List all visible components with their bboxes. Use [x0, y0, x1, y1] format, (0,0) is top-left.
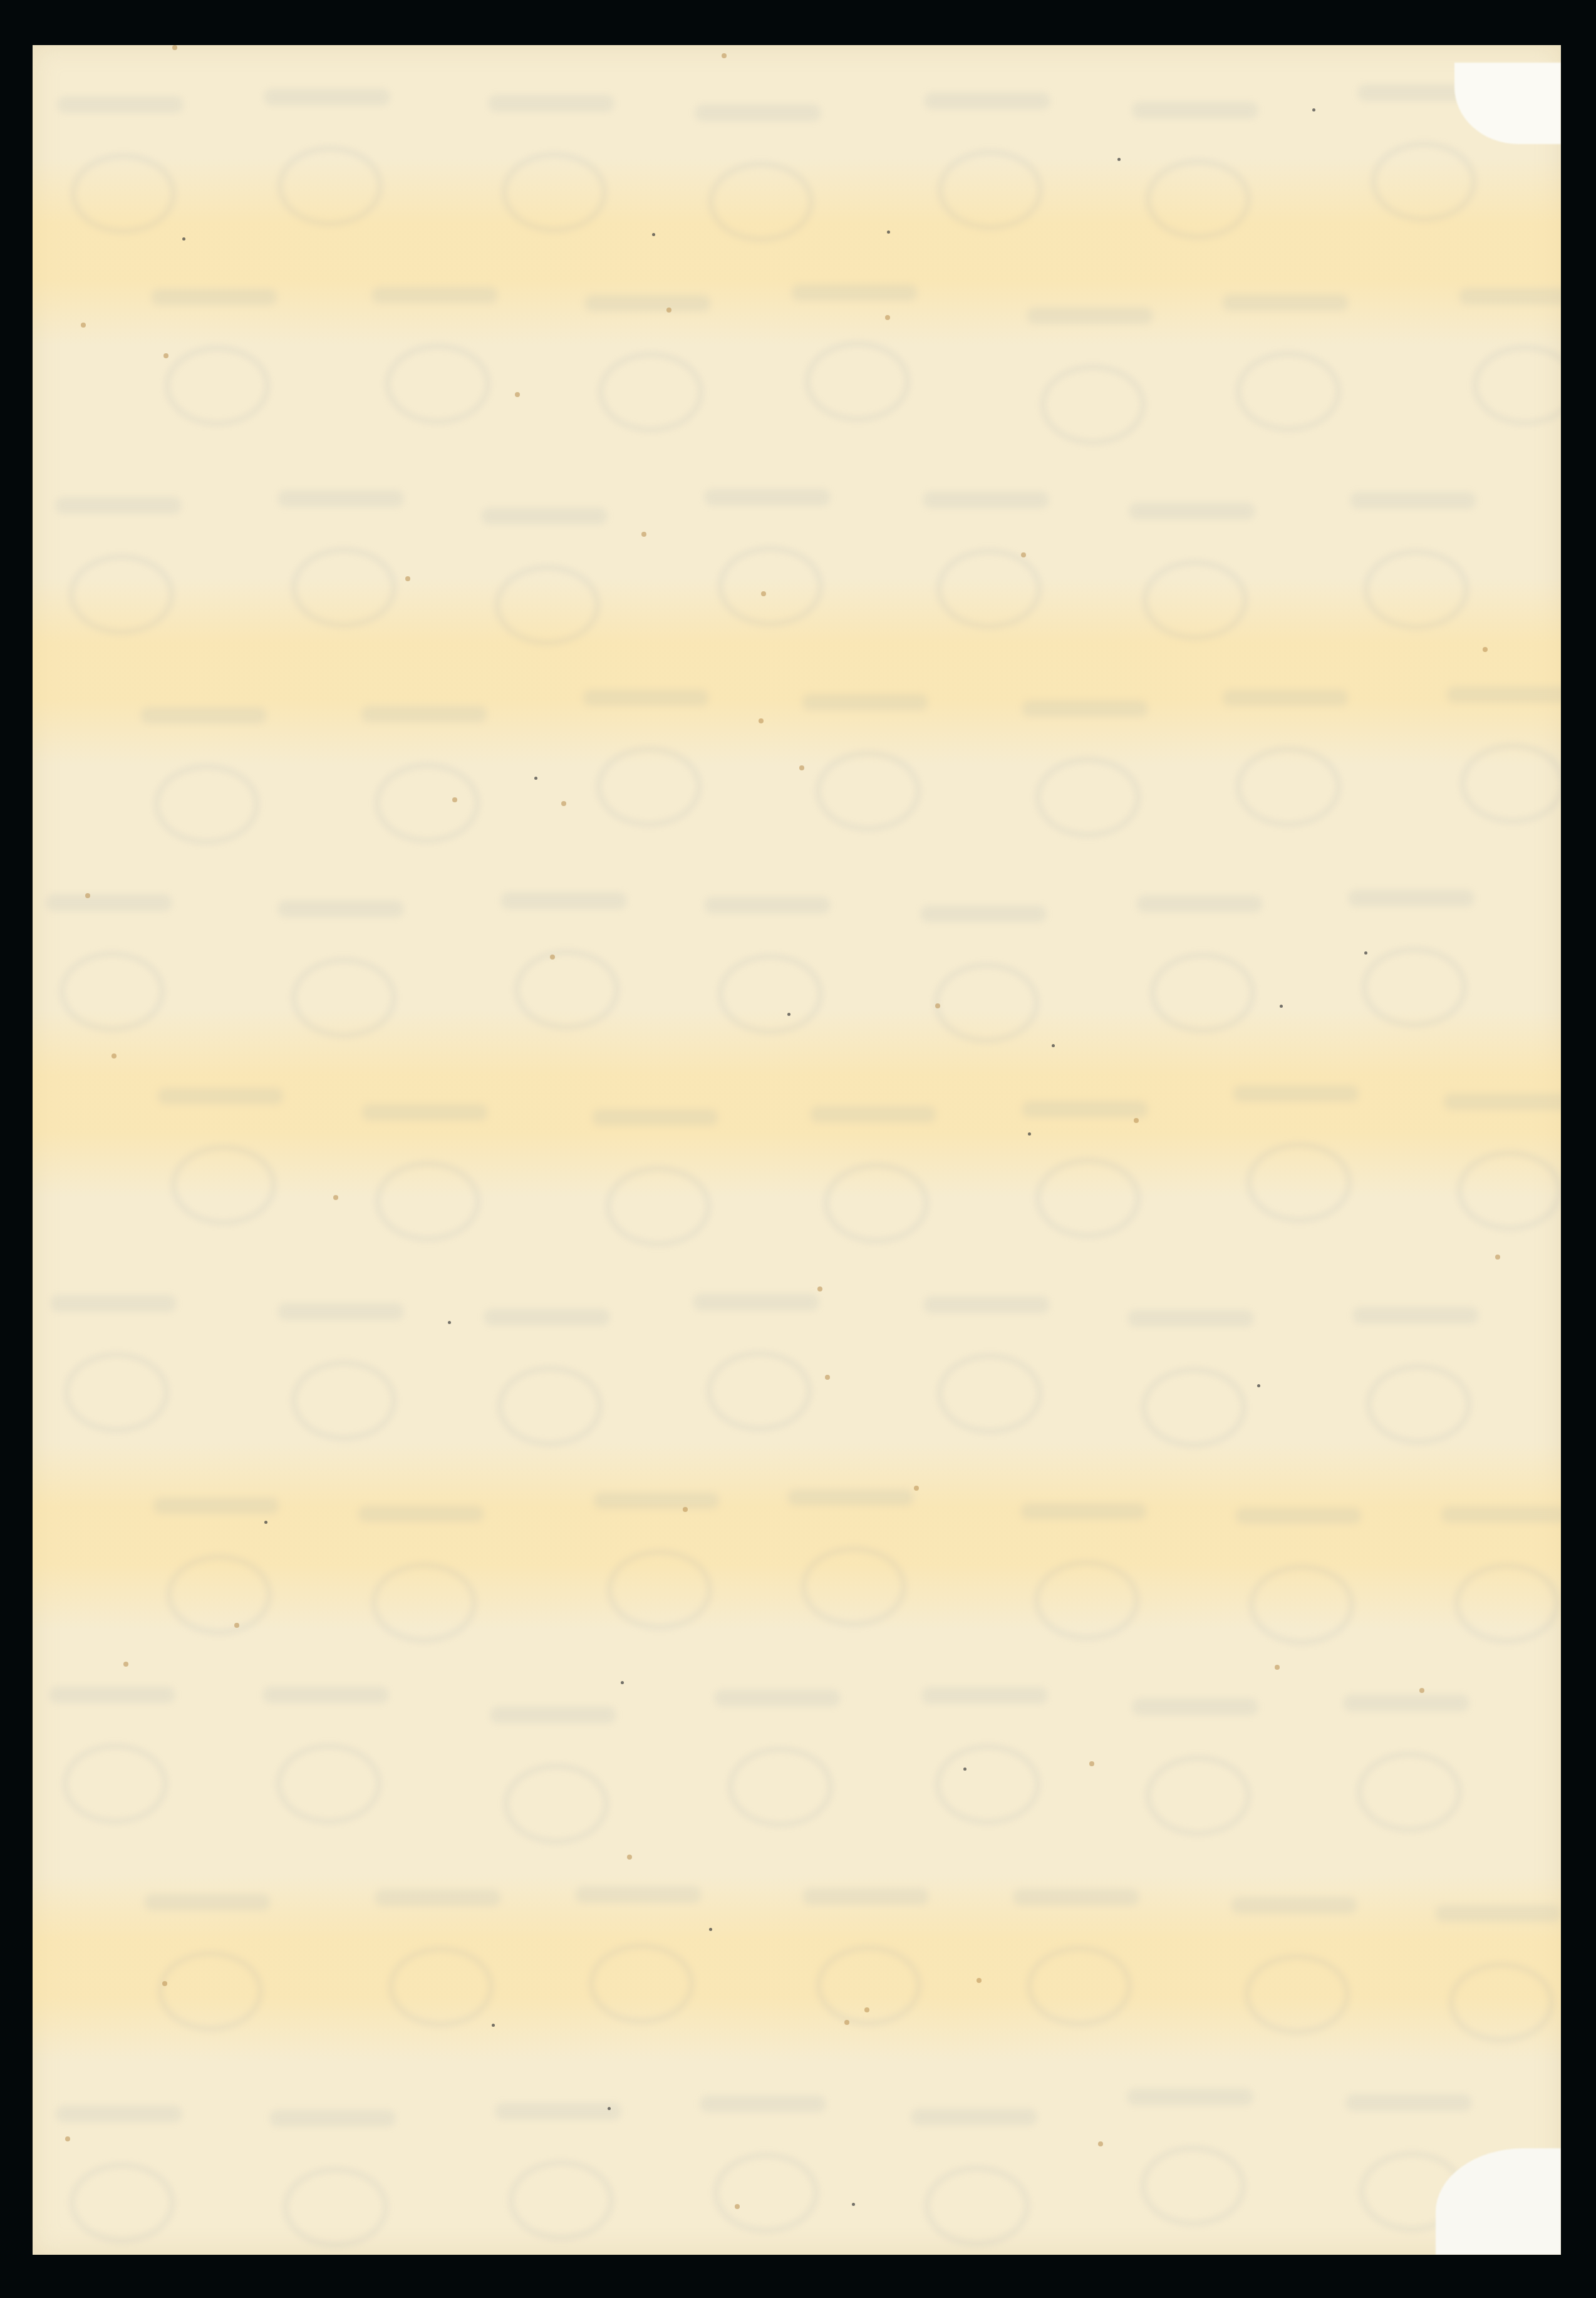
show-through-text [921, 906, 1046, 922]
paper-speck [799, 765, 804, 770]
show-through-emblem [501, 152, 608, 233]
show-through-text [278, 901, 403, 917]
show-through-text [924, 1297, 1049, 1313]
show-through-text [141, 707, 266, 723]
show-through-text [362, 1104, 487, 1121]
show-through-text [695, 105, 821, 121]
show-through-emblem [375, 1161, 481, 1242]
paper-speck [1495, 1255, 1500, 1260]
show-through-text [484, 1309, 609, 1325]
paper-speck [123, 1662, 128, 1667]
paper-speck [1089, 1761, 1094, 1766]
show-through-emblem [816, 1945, 922, 2026]
show-through-emblem [1040, 364, 1146, 445]
paper-speck [81, 323, 86, 328]
paper-speck [963, 1767, 966, 1771]
hinge-remnant-top-right [1454, 63, 1561, 144]
show-through-emblem [371, 1562, 477, 1643]
show-through-emblem [1246, 1142, 1352, 1223]
show-through-text [482, 508, 607, 524]
show-through-emblem [936, 548, 1042, 629]
paper-speck [492, 2024, 495, 2027]
show-through-text [1027, 308, 1153, 324]
paper-speck [1280, 1005, 1283, 1008]
show-through-text [1021, 1503, 1146, 1519]
show-through-text [1129, 503, 1255, 519]
show-through-emblem [1472, 344, 1561, 426]
show-through-text [495, 2103, 621, 2119]
paper-speck [864, 2007, 869, 2012]
show-through-emblem [1244, 1954, 1350, 2035]
show-through-emblem [936, 1353, 1043, 1434]
paper-speck [759, 718, 764, 723]
show-through-text [1349, 890, 1474, 906]
paper-speck [1364, 951, 1367, 955]
show-through-text [923, 492, 1049, 508]
show-through-text [700, 2096, 826, 2112]
show-through-emblem [385, 343, 491, 425]
paper-speck [1028, 1132, 1031, 1136]
show-through-emblem [164, 345, 271, 427]
show-through-text [153, 1498, 279, 1514]
show-through-emblem [823, 1162, 930, 1244]
paper-speck [550, 955, 555, 960]
paper-speck [264, 1521, 267, 1524]
show-through-emblem [1141, 1367, 1247, 1448]
show-through-emblem [815, 750, 921, 832]
show-through-text [1447, 686, 1561, 703]
show-through-text [270, 2110, 395, 2126]
paper-speck [182, 237, 185, 241]
show-through-emblem [1459, 743, 1561, 824]
show-through-text [1441, 1506, 1561, 1523]
show-through-emblem [1248, 1564, 1355, 1645]
show-through-emblem [804, 341, 911, 422]
show-through-text [1128, 1310, 1253, 1327]
paper-speck [515, 392, 520, 397]
paper-speck [825, 1375, 830, 1380]
show-through-emblem [374, 762, 480, 844]
show-through-text [1132, 1699, 1258, 1715]
show-through-text [152, 289, 277, 305]
show-through-emblem [801, 1546, 907, 1627]
hinge-remnant-bottom-right [1436, 2148, 1561, 2255]
paper-speck [608, 2107, 611, 2110]
show-through-emblem [1363, 549, 1469, 630]
show-through-text [145, 1894, 270, 1910]
paper-speck [722, 53, 727, 58]
show-through-emblem [717, 546, 824, 627]
show-through-emblem [1371, 141, 1477, 222]
show-through-emblem [933, 962, 1040, 1043]
show-through-text [715, 1690, 840, 1706]
show-through-emblem [508, 2160, 614, 2241]
show-through-text [375, 1890, 500, 1906]
show-through-emblem [497, 1365, 603, 1447]
show-through-text [925, 93, 1050, 109]
show-through-emblem [606, 1549, 713, 1630]
show-through-text [372, 287, 497, 303]
paper-speck [1021, 552, 1026, 557]
show-through-emblem [605, 1166, 712, 1247]
paper-speck [234, 1623, 239, 1628]
show-through-emblem [1448, 1962, 1555, 2043]
paper-speck [1419, 1688, 1424, 1693]
show-through-emblem [153, 763, 260, 845]
show-through-emblem [1142, 559, 1248, 641]
paper-speck [683, 1507, 688, 1512]
show-through-emblem [1035, 757, 1141, 838]
show-through-emblem [62, 1743, 168, 1824]
show-through-text [693, 1294, 819, 1310]
show-through-emblem [1456, 1150, 1561, 1231]
show-through-emblem [166, 1554, 272, 1635]
paper-speck [641, 532, 646, 537]
show-through-text [278, 1303, 403, 1320]
show-through-text [1459, 288, 1561, 304]
paper-speck [1098, 2141, 1103, 2146]
show-through-text [1344, 1695, 1469, 1711]
show-through-emblem [1140, 2145, 1246, 2227]
paper-speck [935, 1003, 940, 1008]
show-through-text [58, 96, 183, 113]
show-through-emblem [503, 1763, 609, 1845]
paper-speck [1275, 1665, 1280, 1670]
show-through-text [1236, 1508, 1361, 1524]
show-through-text [263, 1687, 388, 1703]
show-through-emblem [282, 2166, 389, 2248]
show-through-emblem [68, 554, 175, 635]
show-through-text [1137, 896, 1262, 912]
show-through-text [1022, 1101, 1148, 1117]
show-through-text [489, 95, 614, 111]
show-through-text [705, 489, 830, 505]
show-through-emblem [708, 161, 814, 242]
show-through-text [911, 2109, 1037, 2125]
show-through-text [1350, 492, 1476, 509]
show-through-text [56, 497, 181, 514]
show-through-emblem [935, 1744, 1041, 1825]
show-through-emblem [277, 145, 383, 227]
show-through-emblem [713, 2152, 819, 2233]
show-through-text [811, 1106, 936, 1122]
show-through-emblem [1235, 351, 1342, 432]
show-through-text [585, 295, 710, 311]
show-through-text [1346, 2094, 1471, 2111]
show-through-text [788, 1489, 913, 1506]
show-through-text [1444, 1094, 1561, 1110]
show-through-emblem [514, 949, 620, 1030]
show-through-text [705, 897, 830, 913]
show-through-emblem [1356, 1751, 1463, 1833]
show-through-text [278, 490, 403, 507]
show-through-emblem [1035, 1157, 1141, 1239]
show-through-text [922, 1687, 1047, 1704]
show-through-emblem [388, 1946, 494, 2027]
show-through-text [593, 1109, 718, 1126]
show-through-text [802, 694, 928, 710]
paper-speck [448, 1321, 451, 1324]
show-through-emblem [588, 1943, 695, 2024]
show-through-emblem [170, 1144, 277, 1226]
paper-speck [163, 353, 168, 358]
show-through-emblem [1365, 1364, 1472, 1445]
paper-speck [817, 1286, 822, 1291]
paper-speck [452, 797, 457, 802]
paper-speck [65, 2136, 70, 2141]
show-through-emblem [1145, 158, 1251, 240]
show-through-emblem [1235, 746, 1342, 827]
paper-speck [1312, 108, 1315, 111]
show-through-emblem [69, 2162, 175, 2244]
show-through-emblem [1361, 946, 1468, 1028]
paper-speck [1134, 1118, 1139, 1123]
show-through-emblem [1149, 952, 1256, 1033]
paper-speck [172, 45, 177, 50]
show-through-emblem [157, 1950, 264, 2032]
show-through-text [803, 1888, 928, 1905]
show-through-text [1353, 1307, 1478, 1323]
paper-speck [652, 233, 655, 236]
show-through-emblem [1145, 1755, 1251, 1836]
show-through-text [501, 893, 626, 909]
show-through-text [1223, 690, 1348, 706]
show-through-text [490, 1707, 616, 1723]
show-through-emblem [291, 957, 397, 1038]
show-through-emblem [937, 149, 1044, 230]
paper-sheet [33, 45, 1561, 2255]
show-through-text [1223, 294, 1348, 311]
show-through-emblem [706, 1350, 812, 1432]
show-through-emblem [1454, 1563, 1560, 1644]
show-through-emblem [63, 1352, 170, 1433]
show-through-text [1436, 1905, 1561, 1922]
show-through-text [792, 284, 917, 301]
show-through-text [46, 894, 172, 911]
paper-speck [666, 308, 671, 313]
show-through-emblem [924, 2165, 1030, 2247]
show-through-emblem [596, 746, 702, 827]
show-through-text [1022, 700, 1148, 717]
show-through-text [158, 1088, 283, 1104]
show-through-text [49, 1687, 175, 1703]
paper-speck [333, 1195, 338, 1200]
paper-speck [852, 2203, 855, 2206]
show-through-emblem [1034, 1560, 1140, 1641]
show-through-emblem [1026, 1945, 1132, 2027]
show-through-text [583, 690, 708, 706]
show-through-text [51, 1295, 176, 1312]
paper-speck [627, 1855, 632, 1860]
paper-speck [1257, 1384, 1260, 1387]
show-through-text [358, 1506, 484, 1522]
show-through-emblem [727, 1746, 834, 1828]
paper-speck [534, 777, 537, 780]
show-through-text [594, 1493, 719, 1509]
show-through-emblem [717, 953, 824, 1035]
paper-speck [621, 1681, 624, 1684]
show-through-text [264, 89, 390, 105]
show-through-text [1127, 2089, 1253, 2105]
show-through-text [1233, 1085, 1359, 1102]
paper-speck [844, 2020, 849, 2025]
show-through-text [361, 706, 487, 722]
show-through-emblem [59, 951, 165, 1032]
paper-speck [735, 2204, 740, 2209]
show-through-emblem [70, 153, 177, 234]
show-through-text [1013, 1889, 1139, 1905]
show-through-emblem [494, 564, 601, 646]
show-through-emblem [276, 1743, 382, 1824]
show-through-emblem [598, 351, 704, 433]
paper-speck [561, 801, 566, 806]
show-through-text [56, 2106, 182, 2122]
show-through-text [576, 1887, 701, 1903]
show-through-emblem [291, 1360, 397, 1441]
show-through-text [1231, 1897, 1357, 1913]
show-through-emblem [291, 547, 397, 628]
show-through-text [1132, 102, 1258, 118]
